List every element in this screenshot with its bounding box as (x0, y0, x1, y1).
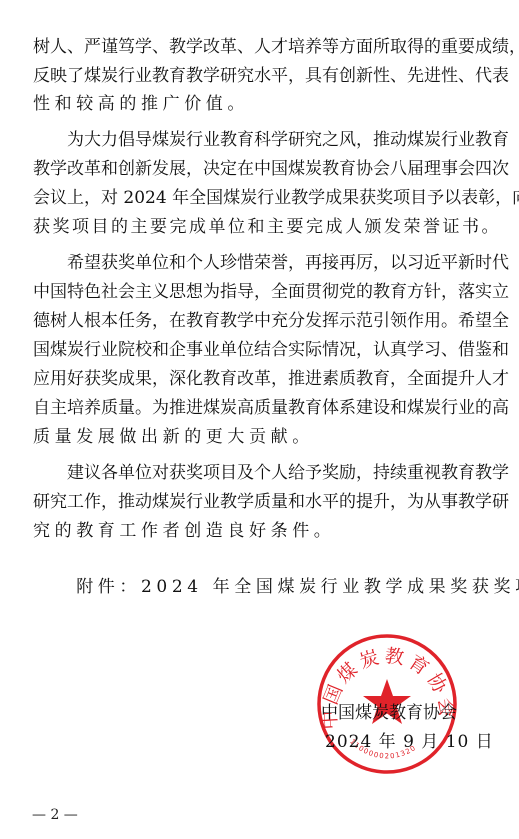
body-text: 应用好获奖成果，深化教育改革，推进素质教育，全面提升人才 (33, 367, 509, 391)
body-text: 中国特色社会主义思想为指导，全面贯彻党的教育方针，落实立 (33, 280, 509, 304)
body-line: 究的教育工作者创造良好条件。 (33, 519, 503, 543)
body-line: 国煤炭行业院校和企事业单位结合实际情况，认真学习、借鉴和 (33, 338, 503, 362)
body-text: 国煤炭行业院校和企事业单位结合实际情况，认真学习、借鉴和 (33, 338, 509, 362)
attachment-line: 附件：2024 年全国煤炭行业教学成果奖获奖项目名单 (33, 575, 503, 599)
body-text: 自主培养质量。为推进煤炭高质量教育体系建设和煤炭行业的高 (33, 396, 509, 420)
body-text: 希望获奖单位和个人珍惜荣誉，再接再厉，以习近平新时代 (33, 251, 509, 275)
body-line: 中国特色社会主义思想为指导，全面贯彻党的教育方针，落实立 (33, 280, 503, 304)
body-line: 希望获奖单位和个人珍惜荣誉，再接再厉，以习近平新时代 (33, 251, 503, 275)
body-line: 教学改革和创新发展，决定在中国煤炭教育协会八届理事会四次 (33, 157, 503, 181)
body-line: 反映了煤炭行业教育教学研究水平，具有创新性、先进性、代表 (33, 64, 503, 88)
body-line: 质量发展做出新的更大贡献。 (33, 425, 503, 449)
body-line: 树人、严谨笃学、教学改革、人才培养等方面所取得的重要成绩， (33, 35, 503, 59)
body-line: 为大力倡导煤炭行业教育科学研究之风，推动煤炭行业教育 (33, 128, 503, 152)
signature-date: 2024 年 9 月 10 日 (325, 731, 494, 753)
page-number: — 2 — (32, 807, 78, 823)
body-text: 获奖项目的主要完成单位和主要完成人颁发荣誉证书。 (33, 215, 501, 239)
body-text: 建议各单位对获奖项目及个人给予奖励，持续重视教育教学 (33, 461, 509, 485)
body-text: 树人、严谨笃学、教学改革、人才培养等方面所取得的重要成绩， (33, 35, 519, 59)
body-text: 教学改革和创新发展，决定在中国煤炭教育协会八届理事会四次 (33, 157, 509, 181)
body-text: 反映了煤炭行业教育教学研究水平，具有创新性、先进性、代表 (33, 64, 509, 88)
body-line: 研究工作，推动煤炭行业教学质量和水平的提升，为从事教学研 (33, 490, 503, 514)
body-text: 会议上，对 2024 年全国煤炭行业教学成果获奖项目予以表彰，向 (33, 186, 519, 210)
body-text: 质量发展做出新的更大贡献。 (33, 425, 314, 449)
body-line: 自主培养质量。为推进煤炭高质量教育体系建设和煤炭行业的高 (33, 396, 503, 420)
body-line: 会议上，对 2024 年全国煤炭行业教学成果获奖项目予以表彰，向 (33, 186, 503, 210)
body-line: 获奖项目的主要完成单位和主要完成人颁发荣誉证书。 (33, 215, 503, 239)
body-text: 研究工作，推动煤炭行业教学质量和水平的提升，为从事教学研 (33, 490, 509, 514)
body-line: 建议各单位对获奖项目及个人给予奖励，持续重视教育教学 (33, 461, 503, 485)
body-text: 究的教育工作者创造良好条件。 (33, 519, 335, 543)
body-line: 德树人根本任务，在教育教学中充分发挥示范引领作用。希望全 (33, 309, 503, 333)
body-line: 应用好获奖成果，深化教育改革，推进素质教育，全面提升人才 (33, 367, 503, 391)
attachment-text[interactable]: 附件：2024 年全国煤炭行业教学成果奖获奖项目名单 (33, 575, 519, 599)
body-line: 性和较高的推广价值。 (33, 92, 503, 116)
body-text: 德树人根本任务，在教育教学中充分发挥示范引领作用。希望全 (33, 309, 509, 333)
body-text: 性和较高的推广价值。 (33, 92, 249, 116)
signature-organization: 中国煤炭教育协会 (321, 702, 457, 724)
body-text: 为大力倡导煤炭行业教育科学研究之风，推动煤炭行业教育 (33, 128, 509, 152)
